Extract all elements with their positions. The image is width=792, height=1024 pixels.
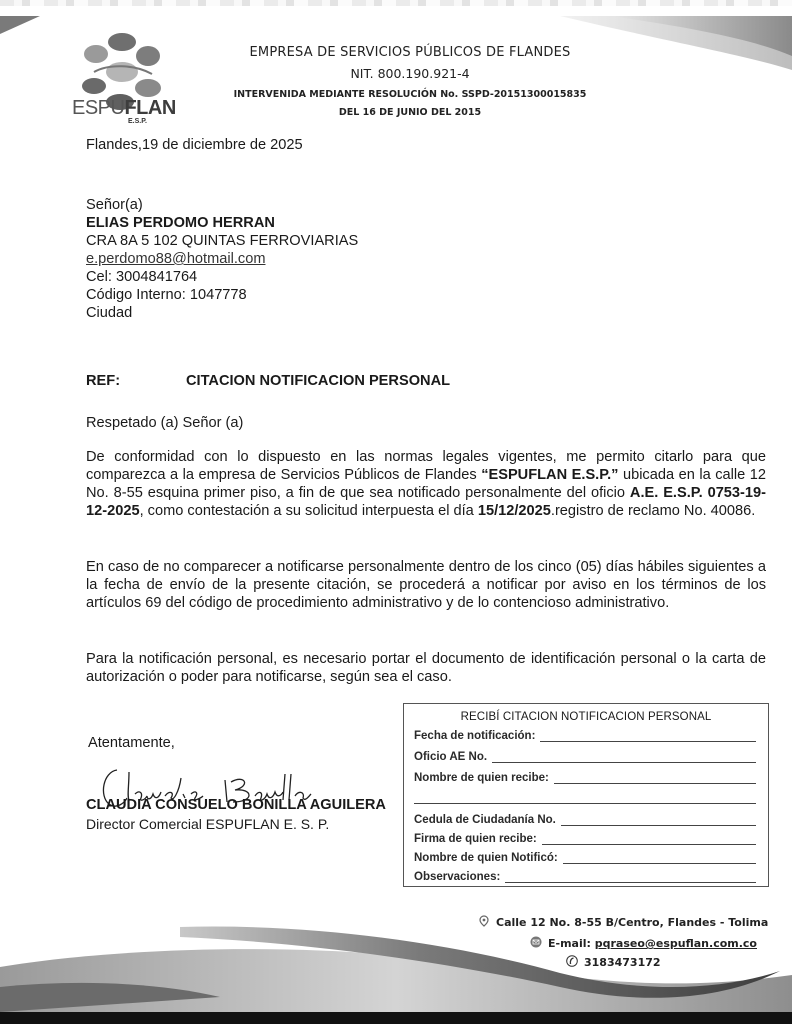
blank-line[interactable] bbox=[563, 853, 756, 864]
phone-icon bbox=[566, 955, 578, 967]
paragraph-requirements: Para la notificación personal, es necesa… bbox=[86, 650, 766, 686]
footer-email-link[interactable]: pqraseo@espuflan.com.co bbox=[595, 937, 757, 950]
receipt-field-receiver-name[interactable]: Nombre de quien recibe: bbox=[414, 772, 756, 784]
receipt-field-receiver-signature[interactable]: Firma de quien recibe: bbox=[414, 833, 756, 845]
blank-line[interactable] bbox=[492, 752, 756, 763]
blank-line[interactable] bbox=[554, 773, 756, 784]
blank-line[interactable] bbox=[561, 815, 756, 826]
footer-email: E-mail: pqraseo@espuflan.com.co bbox=[530, 936, 792, 950]
signer-name: CLAUDIA CONSUELO BONILLA AGUILERA bbox=[86, 797, 386, 813]
receipt-title: RECIBÍ CITACION NOTIFICACION PERSONAL bbox=[404, 711, 768, 723]
recipient-address: CRA 8A 5 102 QUINTAS FERROVIARIAS bbox=[86, 232, 358, 250]
recipient-city: Ciudad bbox=[86, 304, 358, 322]
receipt-field-receiver-name-cont[interactable] bbox=[414, 793, 756, 804]
footer-address: Calle 12 No. 8-55 B/Centro, Flandes - To… bbox=[478, 915, 778, 929]
intervention-resolution: INTERVENIDA MEDIANTE RESOLUCIÓN No. SSPD… bbox=[170, 89, 650, 100]
receipt-field-notification-date[interactable]: Fecha de notificación: bbox=[414, 730, 756, 742]
footer-bar bbox=[0, 1012, 792, 1024]
footer-phone: 3183473172 bbox=[566, 955, 792, 969]
paragraph-citation: De conformidad con lo dispuesto en las n… bbox=[86, 448, 766, 520]
receipt-form-box: RECIBÍ CITACION NOTIFICACION PERSONAL Fe… bbox=[403, 703, 769, 887]
ref-value: CITACION NOTIFICACION PERSONAL bbox=[186, 372, 450, 390]
paragraph-deadline: En caso de no comparecer a notificarse p… bbox=[86, 558, 766, 612]
date-line: Flandes,19 de diciembre de 2025 bbox=[86, 136, 303, 154]
recipient-internal-code: Código Interno: 1047778 bbox=[86, 286, 358, 304]
recipient-salutation: Señor(a) bbox=[86, 196, 358, 214]
scan-noise bbox=[0, 0, 792, 6]
intervention-date: DEL 16 DE JUNIO DEL 2015 bbox=[170, 107, 650, 118]
header-swoosh-decoration bbox=[560, 14, 792, 74]
blank-line[interactable] bbox=[505, 872, 756, 883]
valediction: Atentamente, bbox=[88, 734, 175, 752]
logo-subtitle: E.S.P. bbox=[128, 118, 147, 125]
blank-line[interactable] bbox=[414, 793, 756, 804]
recipient-block: Señor(a) ELIAS PERDOMO HERRAN CRA 8A 5 1… bbox=[86, 196, 358, 322]
greeting: Respetado (a) Señor (a) bbox=[86, 414, 243, 432]
ref-label: REF: bbox=[86, 373, 120, 389]
location-pin-icon bbox=[478, 915, 490, 927]
corner-swoosh-decoration bbox=[0, 16, 40, 34]
receipt-field-id-number[interactable]: Cedula de Ciudadanía No. bbox=[414, 814, 756, 826]
blank-line[interactable] bbox=[542, 834, 756, 845]
receipt-field-oficio[interactable]: Oficio AE No. bbox=[414, 751, 756, 763]
recipient-email-link[interactable]: e.perdomo88@hotmail.com bbox=[86, 251, 266, 267]
receipt-field-observations[interactable]: Observaciones: bbox=[414, 871, 756, 883]
company-nit: NIT. 800.190.921-4 bbox=[170, 66, 650, 81]
signer-role: Director Comercial ESPUFLAN E. S. P. bbox=[86, 815, 329, 833]
recipient-phone: Cel: 3004841764 bbox=[86, 268, 358, 286]
receipt-field-notifier-name[interactable]: Nombre de quien Notificó: bbox=[414, 852, 756, 864]
reference-line: REF: CITACION NOTIFICACION PERSONAL bbox=[86, 372, 120, 390]
logo-wordmark: ESPUFLAN bbox=[72, 97, 176, 120]
recipient-name: ELIAS PERDOMO HERRAN bbox=[86, 214, 358, 232]
company-name: EMPRESA DE SERVICIOS PÚBLICOS DE FLANDES bbox=[170, 45, 650, 60]
blank-line[interactable] bbox=[540, 731, 756, 742]
envelope-icon bbox=[530, 936, 542, 948]
